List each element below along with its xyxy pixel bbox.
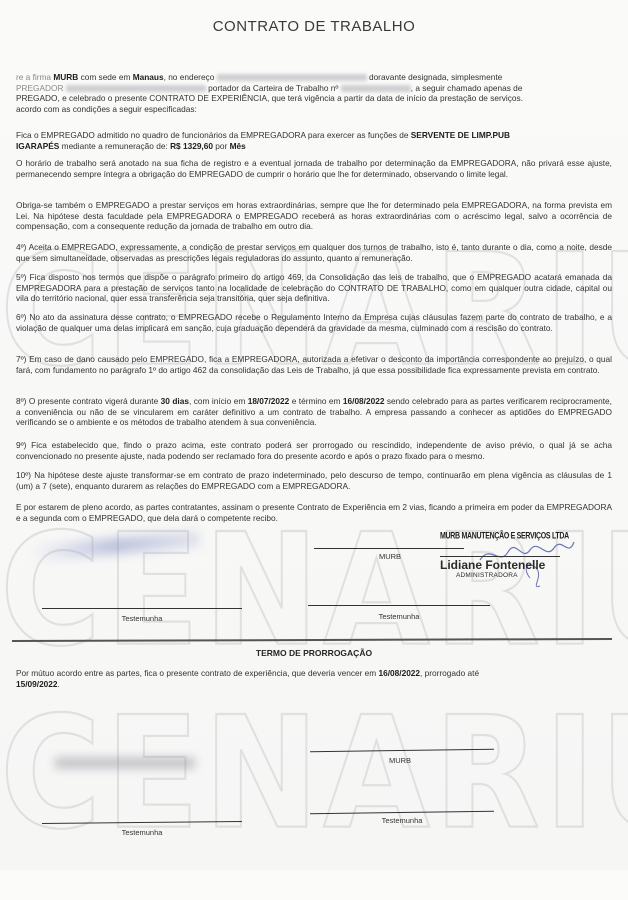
clause-5: 5º) Fica disposto nos termos que dispõe … — [16, 272, 612, 304]
clause-4: 4º) Aceita o EMPREGADO, expressamente, a… — [16, 242, 612, 263]
job-role: SERVENTE DE LIMP.PUB — [411, 130, 510, 140]
firm-name: MURB — [53, 72, 78, 82]
witness-1-label-2: Testemunha — [42, 828, 242, 837]
redacted-employee-signature-2 — [55, 758, 195, 768]
intro-paragraph: re a firma MURB com sede em Manaus, no e… — [16, 72, 612, 114]
document-page: CENARIUM CENARIUM CENARIUM CONTRATO DE T… — [0, 0, 628, 900]
closing-paragraph: E por estarem de pleno acordo, as partes… — [16, 502, 612, 523]
clause-3: Obriga-se também o EMPREGADO a prestar s… — [16, 200, 612, 232]
witness-2-label: Testemunha — [308, 612, 490, 621]
clause-8: 8º) O presente contrato vigerá durante 3… — [16, 396, 612, 428]
redacted-address — [217, 74, 367, 81]
clause-2: O horário de trabalho será anotado na su… — [16, 158, 612, 179]
signer-role: ADMINISTRADORA — [456, 572, 518, 579]
signer-name: Lidiane Fontenelle — [440, 558, 545, 572]
employer-label-2: MURB — [370, 756, 430, 765]
witness-2-label-2: Testemunha — [310, 816, 494, 825]
clause-10: 10º) Na hipótese deste ajuste transforma… — [16, 470, 612, 491]
start-date: 18/07/2022 — [248, 396, 290, 406]
clause-6: 6º) No ato da assinatura desse contrato,… — [16, 312, 612, 333]
redacted-work-card-number — [341, 85, 411, 92]
witness-1-label: Testemunha — [42, 614, 242, 623]
clause-9: 9º) Fica estabelecido que, findo o prazo… — [16, 440, 612, 461]
contract-duration: 30 dias — [161, 396, 189, 406]
extended-end-date: 15/09/2022 — [16, 679, 58, 689]
extension-title: TERMO DE PRORROGAÇÃO — [0, 648, 628, 658]
witness-1-line — [42, 608, 242, 609]
document-title: CONTRATO DE TRABALHO — [0, 18, 628, 35]
clause-1: Fica o EMPREGADO admitido no quadro de f… — [16, 130, 612, 151]
original-end-date: 16/08/2022 — [379, 668, 421, 678]
employer-signature-line — [314, 548, 464, 549]
clause-7: 7º) Em caso de dano causado pelo EMPREGA… — [16, 354, 612, 375]
signer-line — [440, 556, 560, 557]
end-date: 16/08/2022 — [343, 396, 385, 406]
redacted-employee-name — [66, 85, 206, 92]
salary-value: R$ 1329,60 — [170, 141, 213, 151]
city-name: Manaus — [133, 72, 164, 82]
witness-2-line — [308, 605, 490, 606]
extension-paragraph: Por mútuo acordo entre as partes, fica o… — [16, 668, 612, 689]
employer-label: MURB — [360, 552, 420, 561]
